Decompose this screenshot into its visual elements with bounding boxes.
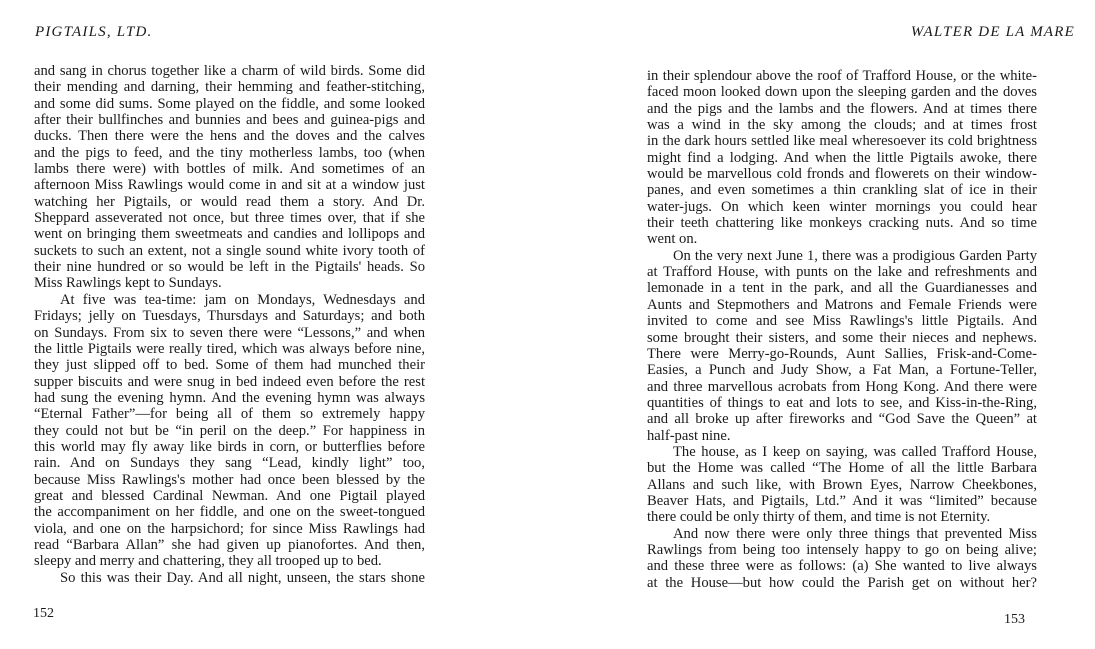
text-line: invited to come and see Miss Rawlings's … xyxy=(647,313,1037,329)
text-line: and the pigs to feed, and the tiny mothe… xyxy=(34,145,425,161)
text-line: read “Barbara Allan” she had given up pi… xyxy=(34,537,425,553)
text-line: the accompaniment on her fiddle, and one… xyxy=(34,504,425,520)
text-line: rain. And on Sundays they sang “Lead, ki… xyxy=(34,455,425,471)
text-line: because Miss Rawlings's mother had once … xyxy=(34,472,425,488)
text-line: there could be only thirty of them, and … xyxy=(647,509,1037,525)
text-line: in the dark hours settled like meal wher… xyxy=(647,133,1037,149)
text-line: Easies, a Punch and Judy Show, a Fat Man… xyxy=(647,362,1037,378)
text-line: lambs there were) with bottles of milk. … xyxy=(34,161,425,177)
text-line: lemonade in a tent in the park, and all … xyxy=(647,280,1037,296)
text-line: at Trafford House, with punts on the lak… xyxy=(647,264,1037,280)
text-line: watching her Pigtails, or would read the… xyxy=(34,194,425,210)
text-line: panes, and even sometimes a thin crankli… xyxy=(647,182,1037,198)
text-line: Miss Rawlings kept to Sundays. xyxy=(34,275,425,291)
text-line: some brought their sisters, and some the… xyxy=(647,330,1037,346)
text-line: and these three were as follows: (a) She… xyxy=(647,558,1037,574)
text-line: The house, as I keep on saying, was call… xyxy=(647,444,1037,460)
text-line: went on. xyxy=(647,231,1037,247)
page-number: 153 xyxy=(1004,612,1025,628)
text-line: and some did sums. Some played on the fi… xyxy=(34,96,425,112)
text-line: this world may fly away like birds in co… xyxy=(34,439,425,455)
text-line: At five was tea-time: jam on Mondays, We… xyxy=(34,292,425,308)
text-line: viola, and one on the harpsichord; for s… xyxy=(34,521,425,537)
text-line: went on bringing them sweetmeats and can… xyxy=(34,226,425,242)
text-line: “Eternal Father”—for being all of them s… xyxy=(34,406,425,422)
body-text: and sang in chorus together like a charm… xyxy=(34,63,425,586)
text-line: would be marvellous cold fronds and flow… xyxy=(647,166,1037,182)
text-line: they just slipped off to bed. Some of th… xyxy=(34,357,425,373)
text-line: half-past nine. xyxy=(647,428,1037,444)
text-line: There were Merry-go-Rounds, Aunt Sallies… xyxy=(647,346,1037,362)
text-line: Beaver Hats, and Pigtails, Ltd.” And it … xyxy=(647,493,1037,509)
running-head-author: WALTER DE LA MARE xyxy=(911,24,1075,41)
text-line: the little Pigtails were really tired, w… xyxy=(34,341,425,357)
left-page: PIGTAILS, LTD. and sang in chorus togeth… xyxy=(0,0,548,649)
text-line: but the Home was called “The Home of all… xyxy=(647,460,1037,476)
text-line: sleepy and merry and chattering, they al… xyxy=(34,553,425,569)
running-head-title: PIGTAILS, LTD. xyxy=(35,24,153,41)
text-line: Aunts and Stepmothers and Matrons and Fe… xyxy=(647,297,1037,313)
text-line: Sheppard asseverated not once, but three… xyxy=(34,210,425,226)
text-line: and sang in chorus together like a charm… xyxy=(34,63,425,79)
text-line: their nine hundred or so would be left i… xyxy=(34,259,425,275)
text-line: was a wind in the sky among the clouds; … xyxy=(647,117,1037,133)
body-text: in their splendour above the roof of Tra… xyxy=(647,68,1037,591)
text-line: after their bullfinches and bunnies and … xyxy=(34,112,425,128)
page-number: 152 xyxy=(33,606,54,622)
text-line: supper biscuits and were snug in bed ind… xyxy=(34,374,425,390)
text-line: quantities of things to eat and lots to … xyxy=(647,395,1037,411)
text-line: So this was their Day. And all night, un… xyxy=(34,570,425,586)
text-line: water-jugs. On which keen winter morning… xyxy=(647,199,1037,215)
text-line: and all broke up after fireworks and “Go… xyxy=(647,411,1037,427)
text-line: on Sundays. From six to seven there were… xyxy=(34,325,425,341)
text-line: suckets to such an extent, not a single … xyxy=(34,243,425,259)
text-line: And now there were only three things tha… xyxy=(647,526,1037,542)
text-line: Rawlings from being too intensely happy … xyxy=(647,542,1037,558)
text-line: their teeth chattering like monkeys crac… xyxy=(647,215,1037,231)
text-line: and the pigs and the lambs and the flowe… xyxy=(647,101,1037,117)
text-line: they could not but be “in peril on the d… xyxy=(34,423,425,439)
right-page: WALTER DE LA MARE in their splendour abo… xyxy=(548,0,1095,649)
text-line: faced moon looked down upon the sleeping… xyxy=(647,84,1037,100)
text-line: at the House—but how could the Parish ge… xyxy=(647,575,1037,591)
text-line: and three marvellous acrobats from Hong … xyxy=(647,379,1037,395)
text-line: Fridays; jelly on Tuesdays, Thursdays an… xyxy=(34,308,425,324)
text-line: might find a lodging. And when the littl… xyxy=(647,150,1037,166)
text-line: great and blessed Cardinal Newman. And o… xyxy=(34,488,425,504)
text-line: ducks. Then there were the hens and the … xyxy=(34,128,425,144)
text-line: Allans and such like, with Brown Eyes, N… xyxy=(647,477,1037,493)
text-line: afternoon Miss Rawlings would come in an… xyxy=(34,177,425,193)
text-line: in their splendour above the roof of Tra… xyxy=(647,68,1037,84)
text-line: On the very next June 1, there was a pro… xyxy=(647,248,1037,264)
text-line: their mending and darning, their hemming… xyxy=(34,79,425,95)
text-line: had sung the evening hymn. And the eveni… xyxy=(34,390,425,406)
